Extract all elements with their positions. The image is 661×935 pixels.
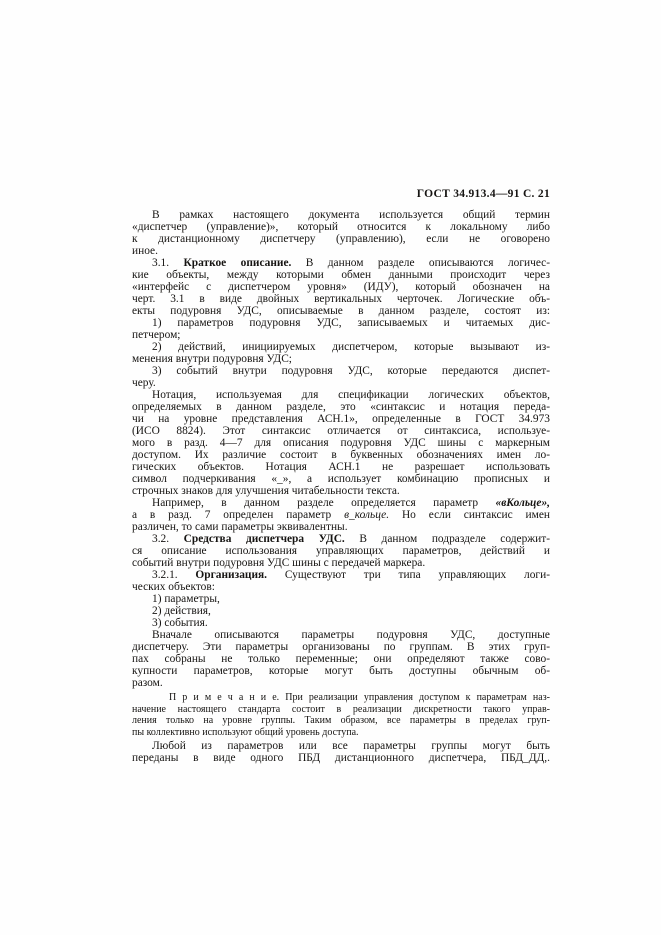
page-header: ГОСТ 34.913.4—91 С. 21: [132, 188, 550, 200]
text-line: различен, то сами параметры эквивалентны…: [132, 521, 550, 533]
text-line: Вначале описываются параметры подуровня …: [132, 629, 550, 641]
text-line: 3.1. Краткое описание. В данном разделе …: [132, 257, 550, 269]
section-3-2-1-paragraph: 3.2.1. Организация. Существуют три типа …: [132, 569, 550, 593]
text-line: купности параметров, которые могут быть …: [132, 665, 550, 677]
text-line: пах собраны не только переменные; они оп…: [132, 653, 550, 665]
text-line: В рамках настоящего документа использует…: [132, 209, 550, 221]
final-paragraph: Любой из параметров или все параметры гр…: [132, 740, 550, 764]
text-line: событий внутри подуровня УДС шины с пере…: [132, 557, 550, 569]
text-line: П р и м е ч а н и е. При реализации упра…: [132, 692, 550, 704]
text-line: черт. 3.1 в виде двойных вертикальных че…: [132, 293, 550, 305]
text-line: ления только на уровне группы. Таким обр…: [132, 715, 550, 727]
emphasis-run: Краткое описание.: [183, 257, 291, 269]
text-line: Нотация, используемая для спецификации л…: [132, 389, 550, 401]
note-paragraph: П р и м е ч а н и е. При реализации упра…: [132, 692, 550, 738]
section-3-1-paragraph: 3.1. Краткое описание. В данном разделе …: [132, 257, 550, 317]
text-line: «интерфейс с диспетчером уровня» (ИДУ), …: [132, 281, 550, 293]
notation-paragraph: Нотация, используемая для спецификации л…: [132, 389, 550, 497]
emphasis-run: Средства диспетчера УДС.: [184, 533, 345, 545]
text-line: ся описание использования управляющих па…: [132, 545, 550, 557]
section-3-2-paragraph: 3.2. Средства диспетчера УДС. В данном п…: [132, 533, 550, 569]
text-line: (ИСО 8824). Этот синтаксис отличается от…: [132, 425, 550, 437]
text-line: 3) события.: [132, 617, 550, 629]
list-item-2: 2) действий, инициируемых диспетчером, к…: [132, 341, 550, 365]
text-line: к дистанционному диспетчеру (управлению)…: [132, 233, 550, 245]
text-line: доступом. Их различие состоит в буквенны…: [132, 449, 550, 461]
emphasis-run: в_кольце.: [344, 509, 389, 521]
org-list: 1) параметры,2) действия,3) события.: [132, 593, 550, 629]
text-line: черу.: [132, 377, 550, 389]
intro-paragraph: В рамках настоящего документа использует…: [132, 209, 550, 257]
text-line: определяемых в данном разделе, это «синт…: [132, 401, 550, 413]
text-column: ГОСТ 34.913.4—91 С. 21 В рамках настояще…: [132, 188, 550, 764]
text-line: символ подчеркивания «_», а использует к…: [132, 473, 550, 485]
text-line: екты подуровня УДС, описываемые в данном…: [132, 305, 550, 317]
groups-paragraph: Вначале описываются параметры подуровня …: [132, 629, 550, 689]
text-line: кие объекты, между которыми обмен данным…: [132, 269, 550, 281]
text-line: 2) действий, инициируемых диспетчером, к…: [132, 341, 550, 353]
text-line: иное.: [132, 245, 550, 257]
text-line: петчером;: [132, 329, 550, 341]
text-line: 3.2.1. Организация. Существуют три типа …: [132, 569, 550, 581]
text-line: 3.2. Средства диспетчера УДС. В данном п…: [132, 533, 550, 545]
list-item-3: 3) событий внутри подуровня УДС, которые…: [132, 365, 550, 389]
text-line: Например, в данном разделе определяется …: [132, 497, 550, 509]
text-line: начение настоящего стандарта состоит в р…: [132, 704, 550, 716]
text-line: чи на уровне представления АСН.1», опред…: [132, 413, 550, 425]
text-line: переданы в виде одного ПБД дистанционног…: [132, 752, 550, 764]
text-line: пы коллективно используют общий уровень …: [132, 727, 550, 739]
text-line: 3) событий внутри подуровня УДС, которые…: [132, 365, 550, 377]
text-line: 2) действия,: [132, 605, 550, 617]
text-line: а в разд. 7 определен параметр в_кольце.…: [132, 509, 550, 521]
text-line: гических объектов. Нотация АСН.1 не разр…: [132, 461, 550, 473]
example-paragraph: Например, в данном разделе определяется …: [132, 497, 550, 533]
list-item-1: 1) параметров подуровня УДС, записываемы…: [132, 317, 550, 341]
text-line: строчных знаков для улучшения читабельно…: [132, 485, 550, 497]
text-line: менения внутри подуровня УДС;: [132, 353, 550, 365]
text-line: ческих объектов:: [132, 581, 550, 593]
text-line: разом.: [132, 677, 550, 689]
emphasis-run: «вКольце»,: [496, 497, 550, 509]
text-block: В рамках настоящего документа использует…: [132, 209, 550, 764]
document-page: ГОСТ 34.913.4—91 С. 21 В рамках настояще…: [0, 0, 661, 935]
text-line: 1) параметров подуровня УДС, записываемы…: [132, 317, 550, 329]
text-line: 1) параметры,: [132, 593, 550, 605]
text-line: диспетчеру. Эти параметры организованы п…: [132, 641, 550, 653]
emphasis-run: Организация.: [195, 569, 267, 581]
text-line: мого в разд. 4—7 для описания подуровня …: [132, 437, 550, 449]
text-line: «диспетчер (управление)», который относи…: [132, 221, 550, 233]
text-line: Любой из параметров или все параметры гр…: [132, 740, 550, 752]
